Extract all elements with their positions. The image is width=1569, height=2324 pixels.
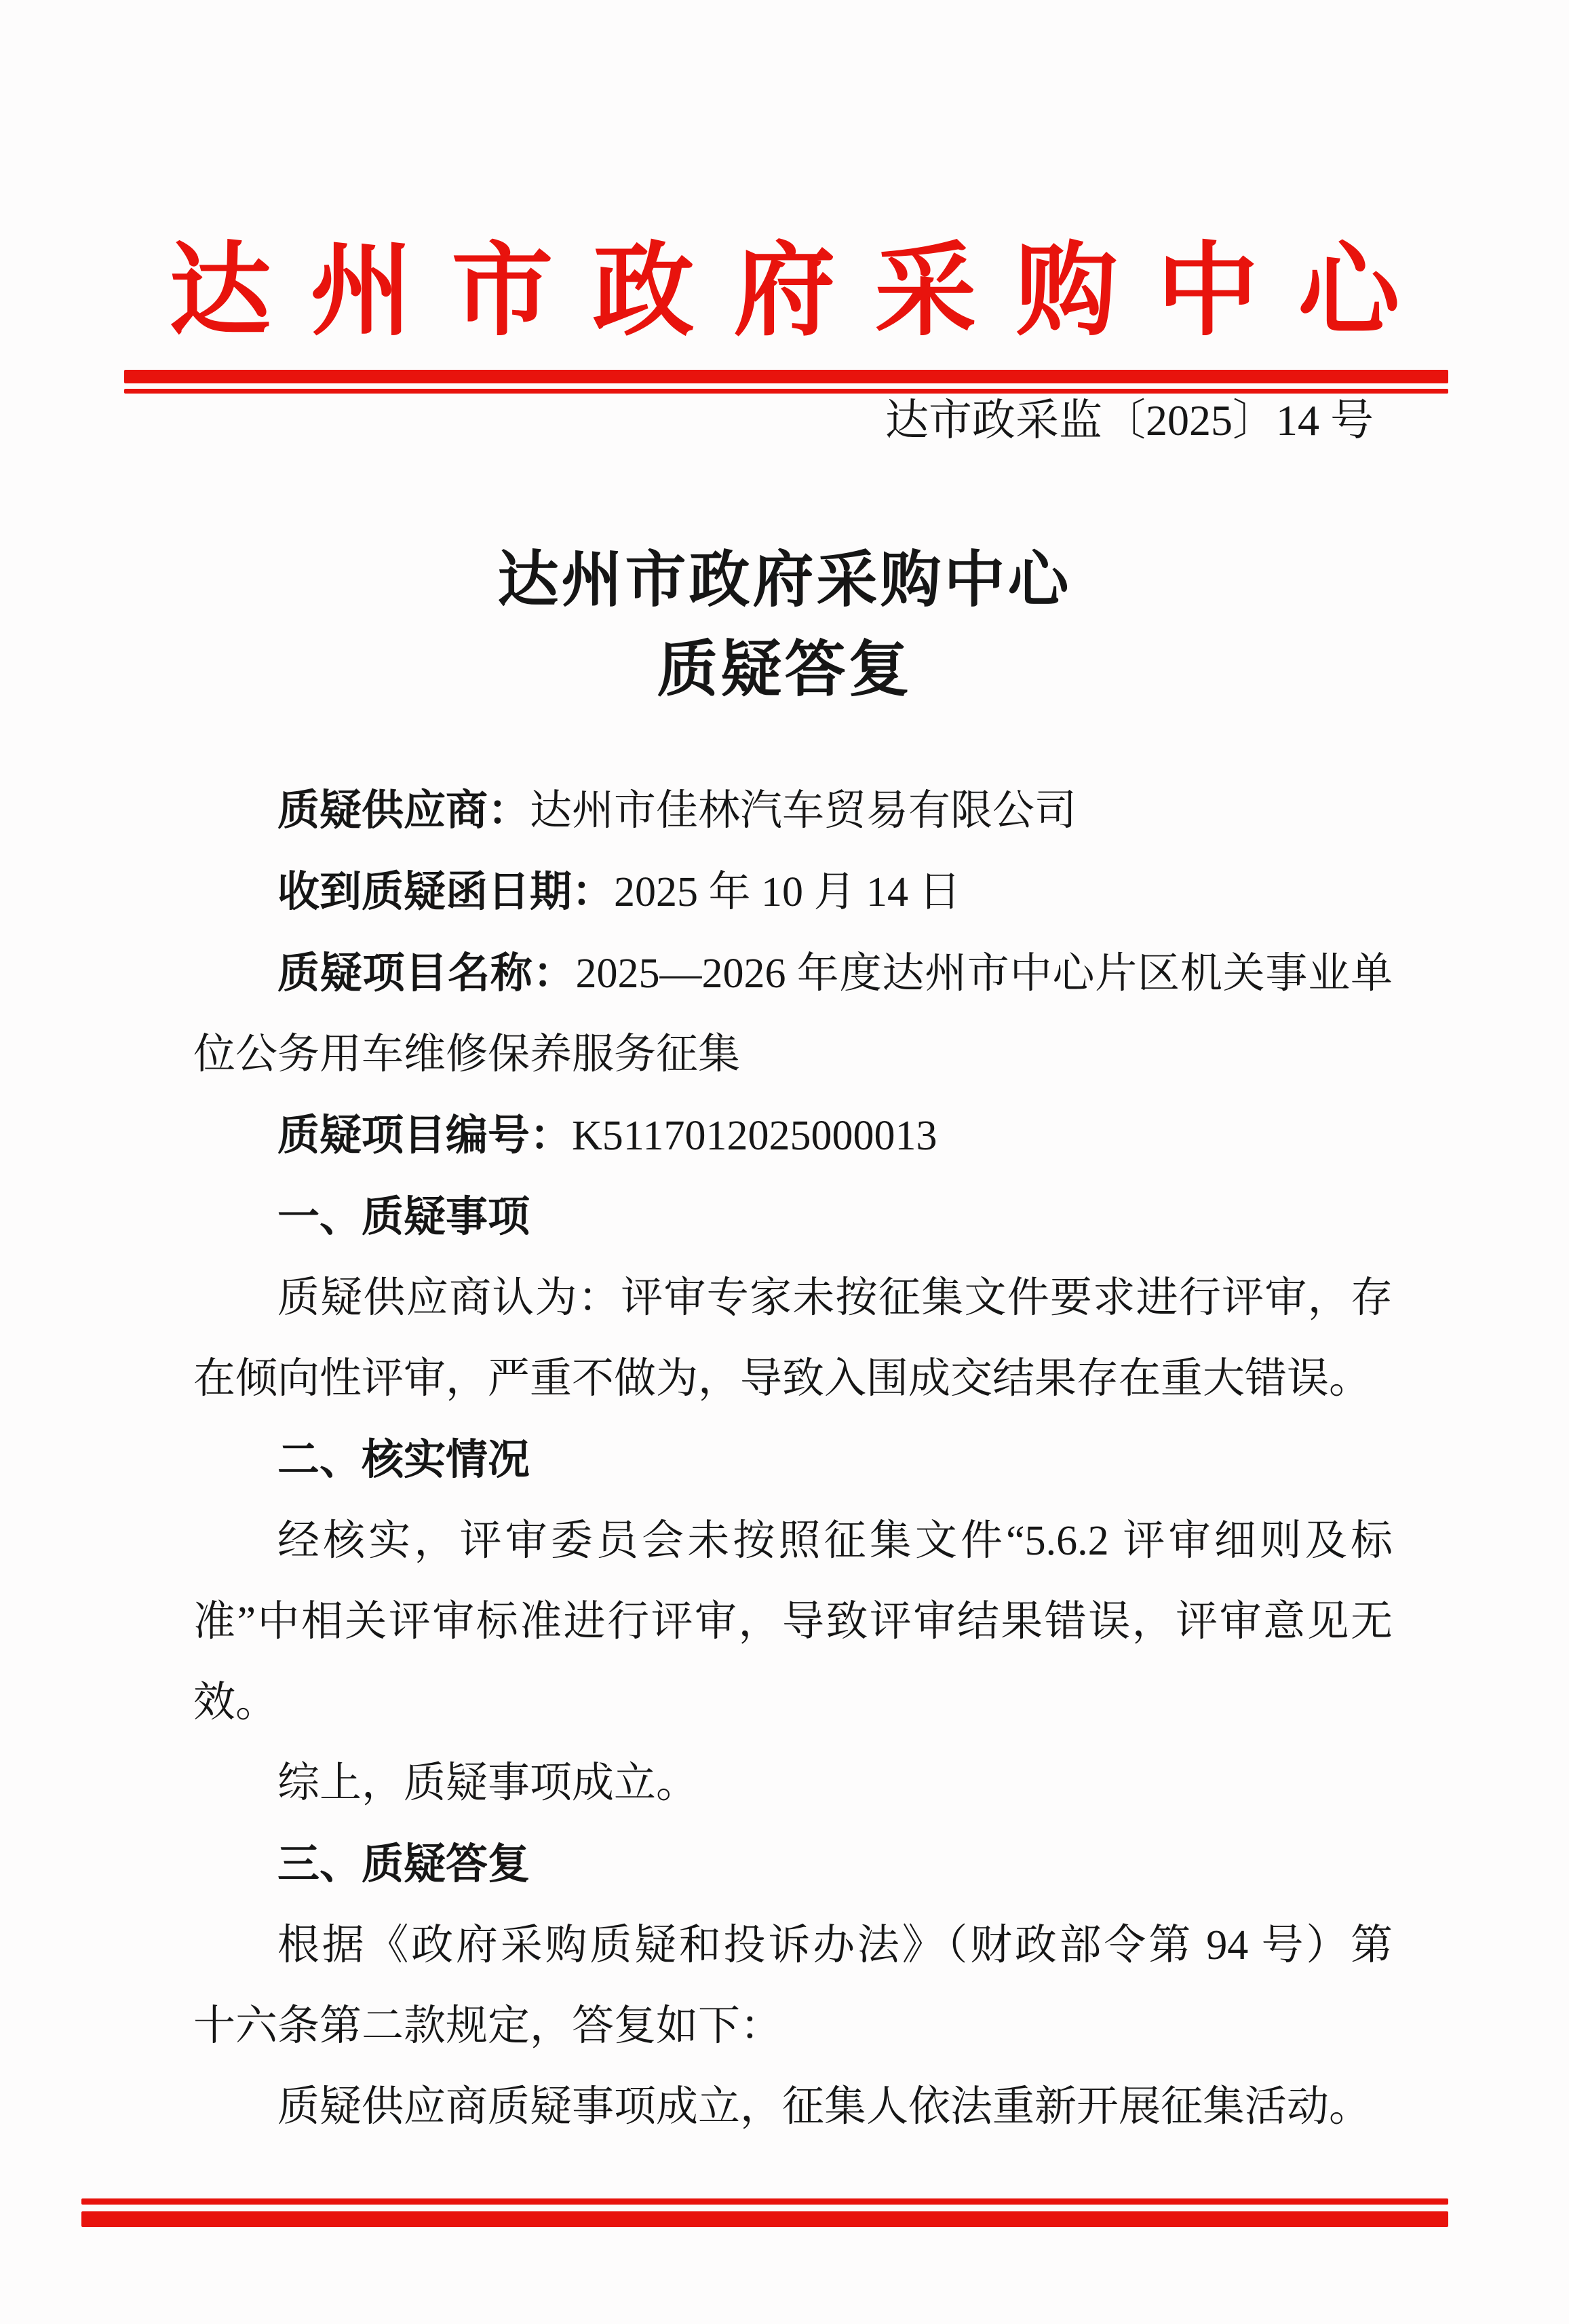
body-line-label: 质疑项目编号： (277, 1112, 572, 1159)
body-line-text: 2025—2026 年度达州市中心片区机关事业单 (576, 951, 1393, 997)
document-body: 质疑供应商：达州市佳林汽车贸易有限公司收到质疑函日期：2025 年 10 月 1… (193, 770, 1393, 2148)
document-title-line1: 达州市政府采购中心 (0, 543, 1569, 619)
body-line-text: 效。 (193, 1679, 277, 1726)
body-line-label: 质疑供应商： (277, 787, 530, 834)
body-line: 质疑供应商认为：评审专家未按征集文件要求进行评审，存 (193, 1258, 1393, 1339)
document-reference-number: 达市政采监〔2025〕14 号 (885, 395, 1374, 446)
body-line-text: 十六条第二款规定，答复如下： (193, 2003, 782, 2049)
body-line: 准”中相关评审标准进行评审，导致评审结果错误，评审意见无 (193, 1582, 1393, 1662)
body-line-text: 位公务用车维修保养服务征集 (193, 1031, 740, 1078)
body-line-text: 在倾向性评审，严重不做为，导致入围成交结果存在重大错误。 (193, 1356, 1371, 1402)
body-line: 十六条第二款规定，答复如下： (193, 1986, 1393, 2067)
body-line: 质疑项目编号：K5117012025000013 (193, 1095, 1393, 1177)
body-line: 质疑项目名称：2025—2026 年度达州市中心片区机关事业单 (193, 933, 1393, 1014)
body-line-label: 质疑项目名称： (277, 950, 576, 997)
body-line: 综上，质疑事项成立。 (193, 1743, 1393, 1824)
footer-rule-thin-line (81, 2198, 1448, 2205)
body-line-label: 二、核实情况 (277, 1436, 530, 1483)
header-red-rule (124, 370, 1448, 394)
body-line-text: 综上，质疑事项成立。 (277, 1760, 698, 1806)
footer-red-rule (81, 2198, 1448, 2227)
body-line: 二、核实情况 (193, 1420, 1393, 1501)
body-line-label: 三、质疑答复 (277, 1841, 530, 1888)
body-line: 收到质疑函日期：2025 年 10 月 14 日 (193, 852, 1393, 933)
body-line-label: 一、质疑事项 (277, 1194, 530, 1240)
footer-rule-thick-line (81, 2211, 1448, 2227)
body-line-text: K5117012025000013 (572, 1113, 937, 1159)
body-line: 三、质疑答复 (193, 1824, 1393, 1905)
body-line: 质疑供应商：达州市佳林汽车贸易有限公司 (193, 770, 1393, 852)
body-line-text: 2025 年 10 月 14 日 (614, 869, 961, 915)
body-line-text: 质疑供应商质疑事项成立，征集人依法重新开展征集活动。 (277, 2084, 1371, 2130)
body-line: 根据《政府采购质疑和投诉办法》（财政部令第 94 号）第 (193, 1905, 1393, 1986)
body-line: 质疑供应商质疑事项成立，征集人依法重新开展征集活动。 (193, 2067, 1393, 2148)
header-rule-thick-line (124, 370, 1448, 383)
body-line-text: 质疑供应商认为：评审专家未按征集文件要求进行评审，存 (277, 1275, 1393, 1321)
agency-masthead-title: 达州市政府采购中心 (0, 237, 1569, 346)
header-rule-thin-line (124, 389, 1448, 394)
body-line: 位公务用车维修保养服务征集 (193, 1014, 1393, 1095)
document-title-line2: 质疑答复 (0, 632, 1569, 708)
body-line: 在倾向性评审，严重不做为，导致入围成交结果存在重大错误。 (193, 1339, 1393, 1420)
body-line-text: 根据《政府采购质疑和投诉办法》（财政部令第 94 号）第 (277, 1922, 1393, 1968)
body-line-label: 收到质疑函日期： (277, 869, 614, 915)
body-line-text: 达州市佳林汽车贸易有限公司 (530, 788, 1077, 834)
body-line: 经核实，评审委员会未按照征集文件“5.6.2 评审细则及标 (193, 1501, 1393, 1582)
body-line-text: 经核实，评审委员会未按照征集文件“5.6.2 评审细则及标 (277, 1518, 1393, 1564)
body-line: 效。 (193, 1662, 1393, 1743)
body-line: 一、质疑事项 (193, 1177, 1393, 1258)
document-page: 达州市政府采购中心 达市政采监〔2025〕14 号 达州市政府采购中心 质疑答复… (0, 0, 1569, 2324)
body-line-text: 准”中相关评审标准进行评审，导致评审结果错误，评审意见无 (193, 1599, 1393, 1645)
